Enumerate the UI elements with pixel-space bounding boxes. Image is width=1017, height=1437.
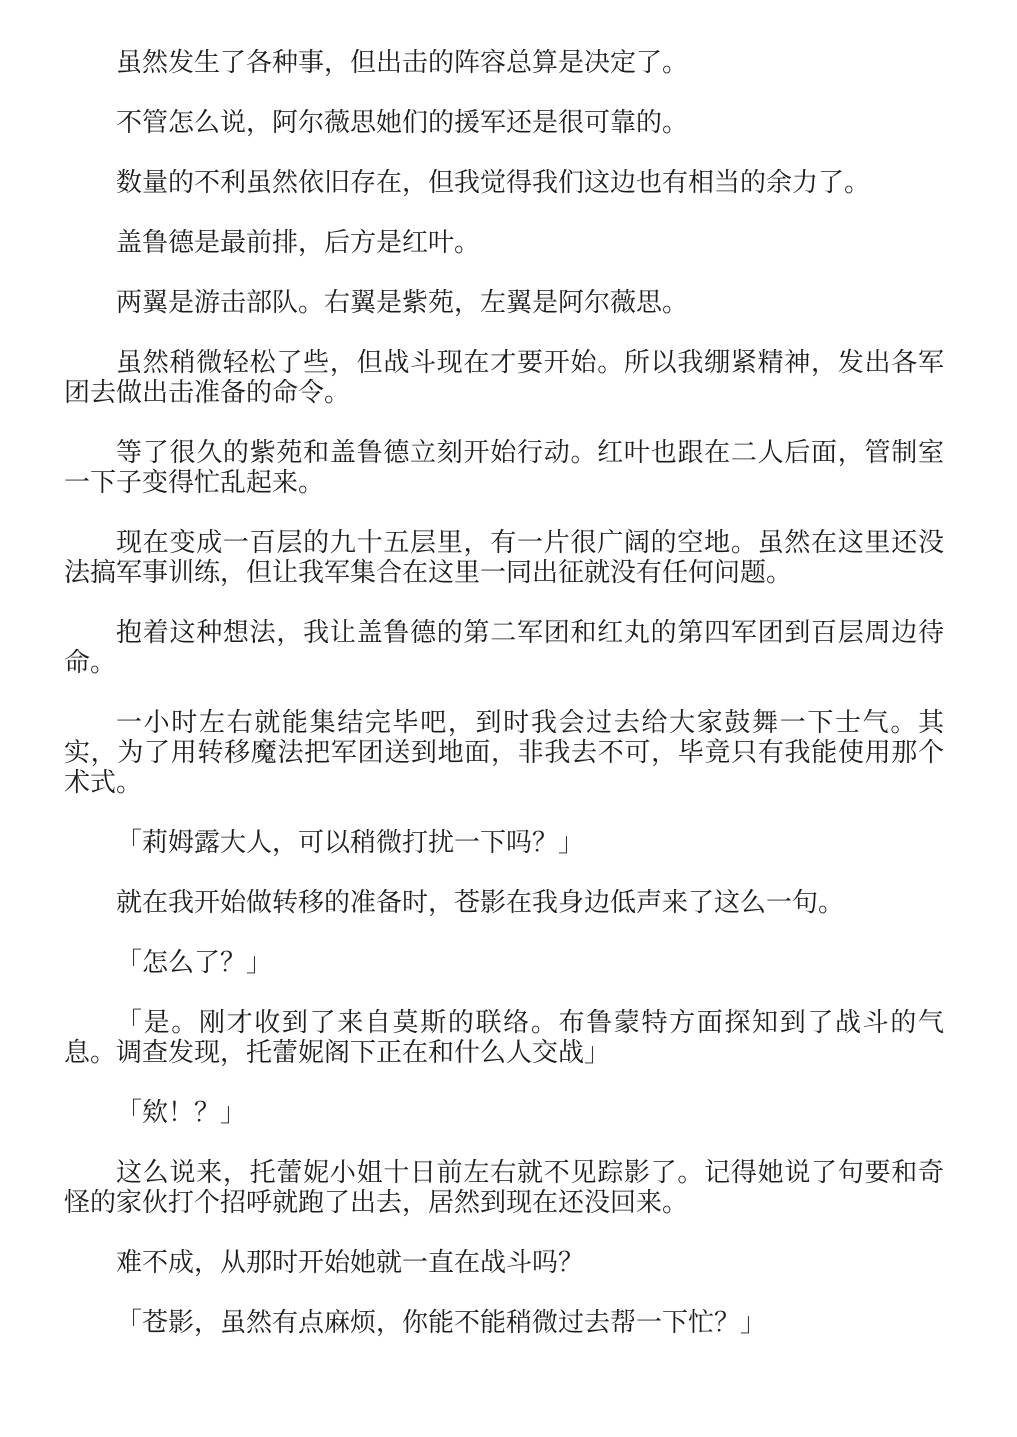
narration-paragraph: 等了很久的紫苑和盖鲁德立刻开始行动。红叶也跟在二人后面，管制室一下子变得忙乱起来… xyxy=(64,438,944,498)
narration-paragraph: 两翼是游击部队。右翼是紫苑，左翼是阿尔薇思。 xyxy=(64,288,944,318)
narration-paragraph: 不管怎么说，阿尔薇思她们的援军还是很可靠的。 xyxy=(64,108,944,138)
narration-paragraph: 这么说来，托蕾妮小姐十日前左右就不见踪影了。记得她说了句要和奇怪的家伙打个招呼就… xyxy=(64,1158,944,1218)
dialogue-paragraph: 「苍影，虽然有点麻烦，你能不能稍微过去帮一下忙？」 xyxy=(64,1308,944,1338)
dialogue-paragraph: 「怎么了？」 xyxy=(64,948,944,978)
document-page: 虽然发生了各种事，但出击的阵容总算是决定了。 不管怎么说，阿尔薇思她们的援军还是… xyxy=(0,0,1017,1437)
dialogue-paragraph: 「莉姆露大人，可以稍微打扰一下吗？」 xyxy=(64,828,944,858)
narration-paragraph: 虽然稍微轻松了些，但战斗现在才要开始。所以我绷紧精神，发出各军团去做出击准备的命… xyxy=(64,348,944,408)
dialogue-paragraph: 「欸！？」 xyxy=(64,1098,944,1128)
narration-paragraph: 就在我开始做转移的准备时，苍影在我身边低声来了这么一句。 xyxy=(64,888,944,918)
narration-paragraph: 盖鲁德是最前排，后方是红叶。 xyxy=(64,228,944,258)
narration-paragraph: 虽然发生了各种事，但出击的阵容总算是决定了。 xyxy=(64,48,944,78)
narration-paragraph: 抱着这种想法，我让盖鲁德的第二军团和红丸的第四军团到百层周边待命。 xyxy=(64,618,944,678)
narration-paragraph: 难不成，从那时开始她就一直在战斗吗？ xyxy=(64,1248,944,1278)
narration-paragraph: 现在变成一百层的九十五层里，有一片很广阔的空地。虽然在这里还没法搞军事训练，但让… xyxy=(64,528,944,588)
narration-paragraph: 一小时左右就能集结完毕吧，到时我会过去给大家鼓舞一下士气。其实，为了用转移魔法把… xyxy=(64,708,944,798)
dialogue-paragraph: 「是。刚才收到了来自莫斯的联络。布鲁蒙特方面探知到了战斗的气息。调查发现，托蕾妮… xyxy=(64,1008,944,1068)
narration-paragraph: 数量的不利虽然依旧存在，但我觉得我们这边也有相当的余力了。 xyxy=(64,168,944,198)
